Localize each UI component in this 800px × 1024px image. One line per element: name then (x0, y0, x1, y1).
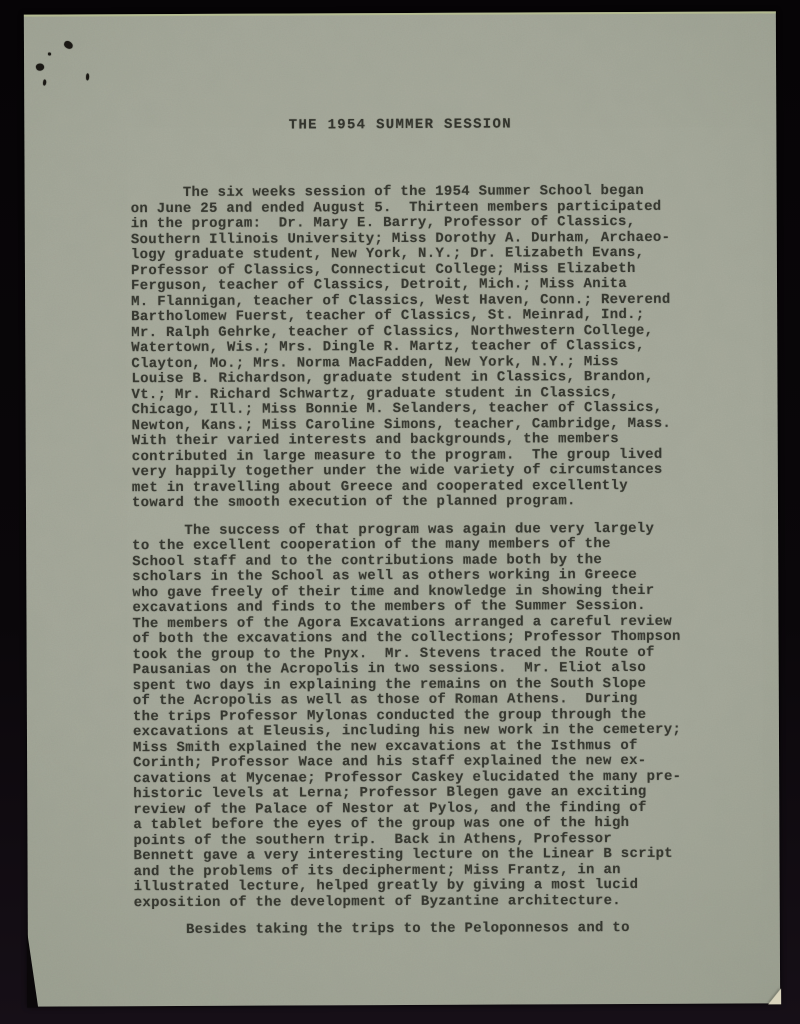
ink-spot (43, 79, 47, 85)
paragraph-program-success: The success of that program was again du… (132, 521, 694, 911)
scan-background: THE 1954 SUMMER SESSION The six weeks se… (0, 0, 800, 1024)
bottom-left-corner-cut (27, 930, 38, 1008)
paragraph-members: The six weeks session of the 1954 Summer… (131, 184, 692, 512)
document-title: THE 1954 SUMMER SESSION (24, 115, 776, 134)
document-body: The six weeks session of the 1954 Summer… (131, 184, 694, 951)
paragraph-trips: Besides taking the trips to the Peloponn… (134, 921, 694, 939)
ink-spot (35, 63, 45, 72)
ink-spot (63, 40, 74, 50)
ink-spot (86, 73, 90, 80)
ink-spot (48, 53, 51, 56)
document-page: THE 1954 SUMMER SESSION The six weeks se… (24, 11, 780, 1006)
folded-corner (768, 988, 781, 1004)
